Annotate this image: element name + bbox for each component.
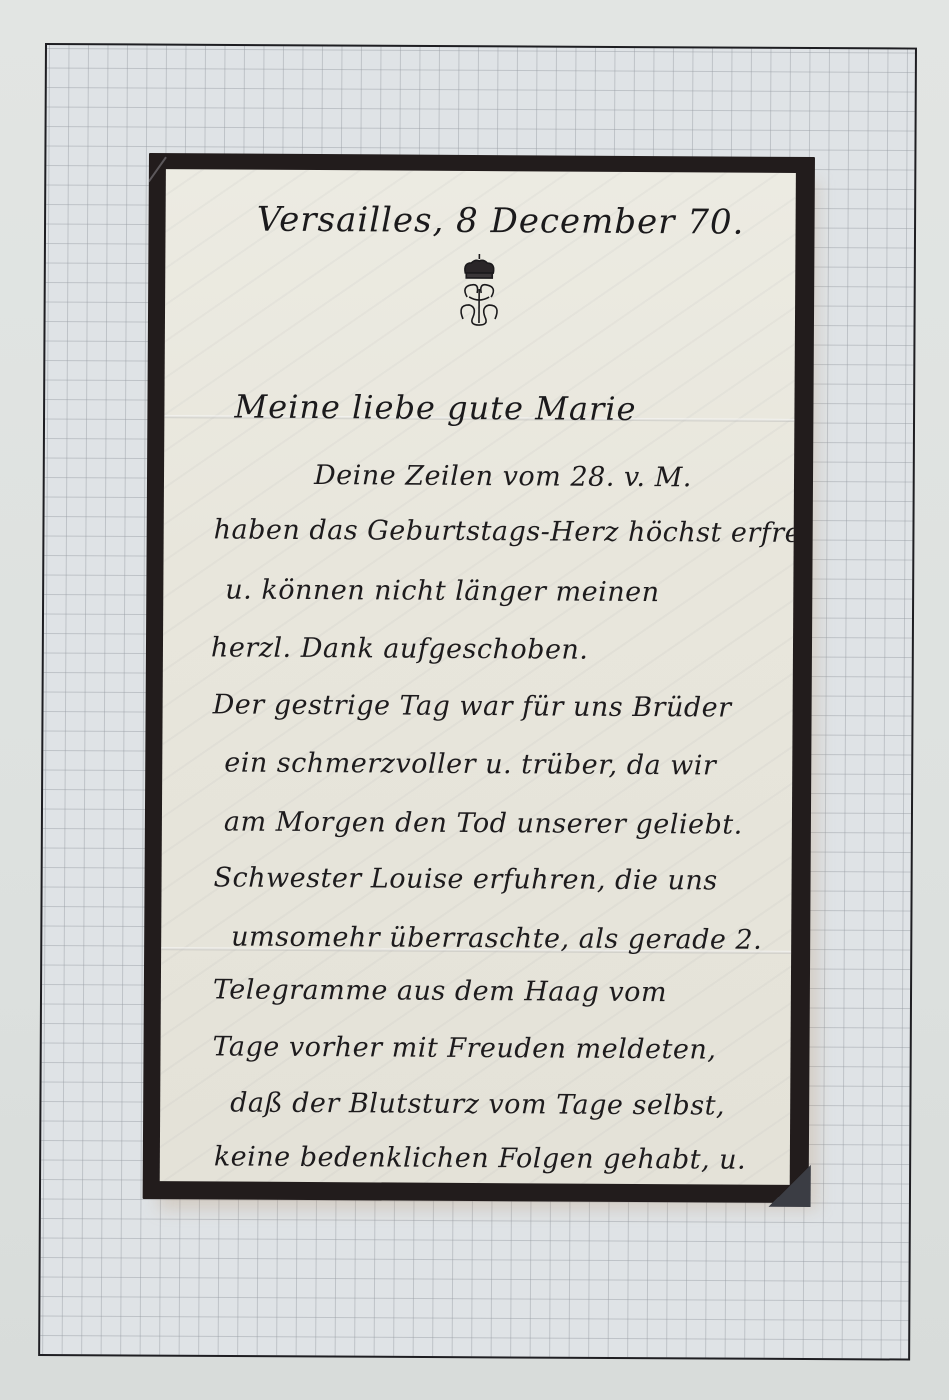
letter-line: Schwester Louise erfuhren, die uns [213,862,717,896]
album-page: Versailles, 8 December 70. Meine liebe g… [0,0,949,1400]
letter-line: u. können nicht länger meinen [225,574,659,608]
letter-line: ein schmerzvoller u. trüber, da wir [224,747,716,781]
letter-line: keine bedenklichen Folgen gehabt, u. [214,1141,747,1175]
letter-line: herzl. Dank aufgeschoben. [211,632,589,665]
letter-sheet: Versailles, 8 December 70. Meine liebe g… [160,169,796,1185]
letter-line: haben das Geburtstags-Herz höchst erfreu… [214,514,796,549]
letter-line: daß der Blutsturz vom Tage selbst, [230,1088,725,1122]
letter-line: Der gestrige Tag war für uns Brüder [213,689,732,723]
letter-line: am Morgen den Tod unserer geliebt. [224,806,743,840]
letter-line: Tage vorher mit Freuden meldeten, [212,1031,716,1065]
letter-line: umsomehr überraschte, als gerade 2. [231,922,762,956]
letter-line: Deine Zeilen vom 28. v. M. [314,460,692,493]
letter-line: Telegramme aus dem Haag vom [213,974,667,1008]
mourning-border: Versailles, 8 December 70. Meine liebe g… [143,153,815,1203]
letter-body: Deine Zeilen vom 28. v. M. haben das Geb… [160,169,796,1185]
